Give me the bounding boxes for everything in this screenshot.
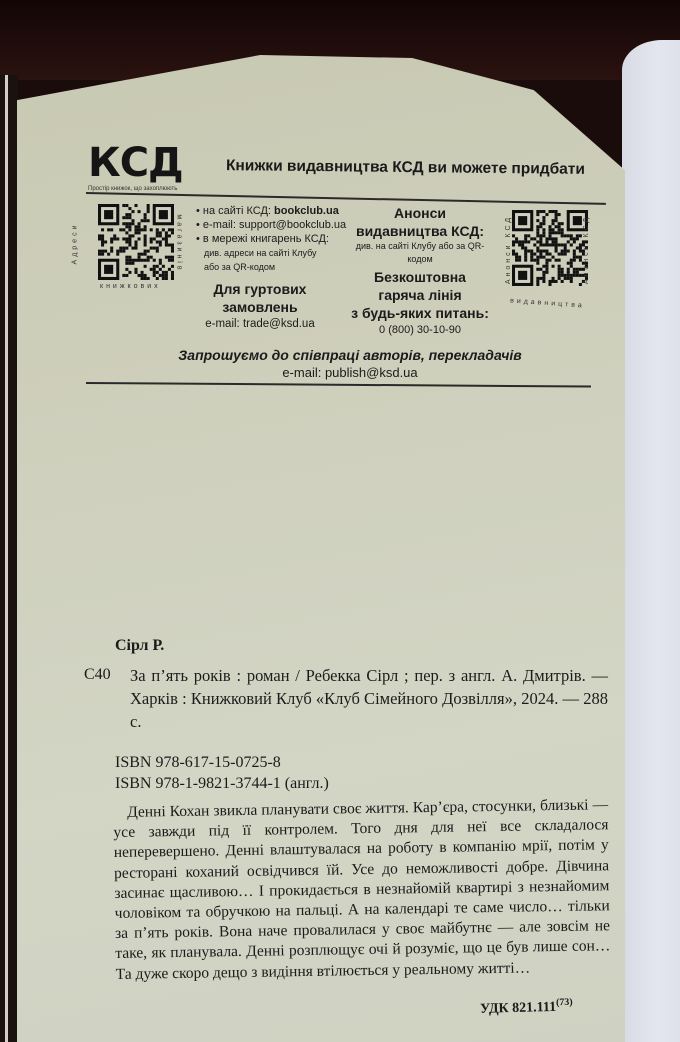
logo-tagline: Простір книжок, що захоплюють [88,186,177,192]
udk-code: УДК 821.111(73) [480,997,573,1018]
hotline-title: з будь-яких питань: [345,304,495,322]
list-note: або за QR-кодом [196,260,346,274]
bulk-orders: Для гуртових замовлень e-mail: trade@ksd… [200,280,320,332]
divider [86,382,591,387]
qr-label-left: Анонси КСД [505,215,512,284]
annotation: Денні Кохан звикла планувати своє життя.… [113,795,611,985]
annotation-text: Денні Кохан звикла планувати своє життя.… [113,795,611,985]
invite-email: e-mail: publish@ksd.ua [110,364,590,381]
bibliographic-description: За п’ять років : роман / Ребекка Сірл ; … [130,664,608,733]
site-link: bookclub.ua [274,205,339,217]
hotline-phone: 0 (800) 30-10-90 [345,322,495,338]
hotline: Безкоштовна гаряча лінія з будь-яких пит… [345,268,495,338]
announcements: Анонси видавництва КСД: див. на сайті Кл… [345,204,495,266]
list-item: e-mail: support@bookclub.ua [196,218,346,232]
bulk-email: e-mail: trade@ksd.ua [200,316,320,332]
qr-label-right: магазинів [176,214,183,272]
catalog-code: С40 [84,666,111,684]
hotline-title: гаряча лінія [345,286,495,304]
invite-authors: Запрошуємо до співпраці авторів, перекла… [110,347,590,381]
isbn-list: ISBN 978-617-15-0725-8 ISBN 978-1-9821-3… [115,752,329,794]
divider [86,192,606,204]
ksd-logo: КСД [88,143,183,183]
author: Сірл Р. [115,637,164,655]
qr-code-icon [98,204,174,280]
qr-code-icon [512,210,588,286]
announce-title: Анонси [345,204,495,222]
announce-note: див. на сайті Клубу або за QR-кодом [345,240,495,266]
hotline-title: Безкоштовна [345,268,495,286]
list-note: див. адреси на сайті Клубу [196,246,346,260]
announce-title: видавництва КСД: [345,222,495,240]
qr-label-right: Анонси КСД [583,215,590,284]
isbn: ISBN 978-617-15-0725-8 [115,752,329,773]
invite-text: Запрошуємо до співпраці авторів, перекла… [110,347,590,364]
page-content: КСД Простір книжок, що захоплюють Книжки… [0,0,680,1042]
isbn: ISBN 978-1-9821-3744-1 (англ.) [115,773,329,794]
bulk-title: замовлень [200,298,320,316]
qr-label-bottom: видавництва [510,297,585,309]
where-to-buy-list: на сайті КСД: bookclub.ua e-mail: suppor… [196,204,346,274]
ad-title: Книжки видавництва КСД ви можете придбат… [226,157,585,179]
qr-label-bottom: книжкових [100,283,161,290]
list-item: на сайті КСД: bookclub.ua [196,204,346,218]
bulk-title: Для гуртових [200,280,320,298]
list-item: в мережі книгарень КСД: [196,232,346,246]
qr-label-left: Адреси [71,223,78,265]
